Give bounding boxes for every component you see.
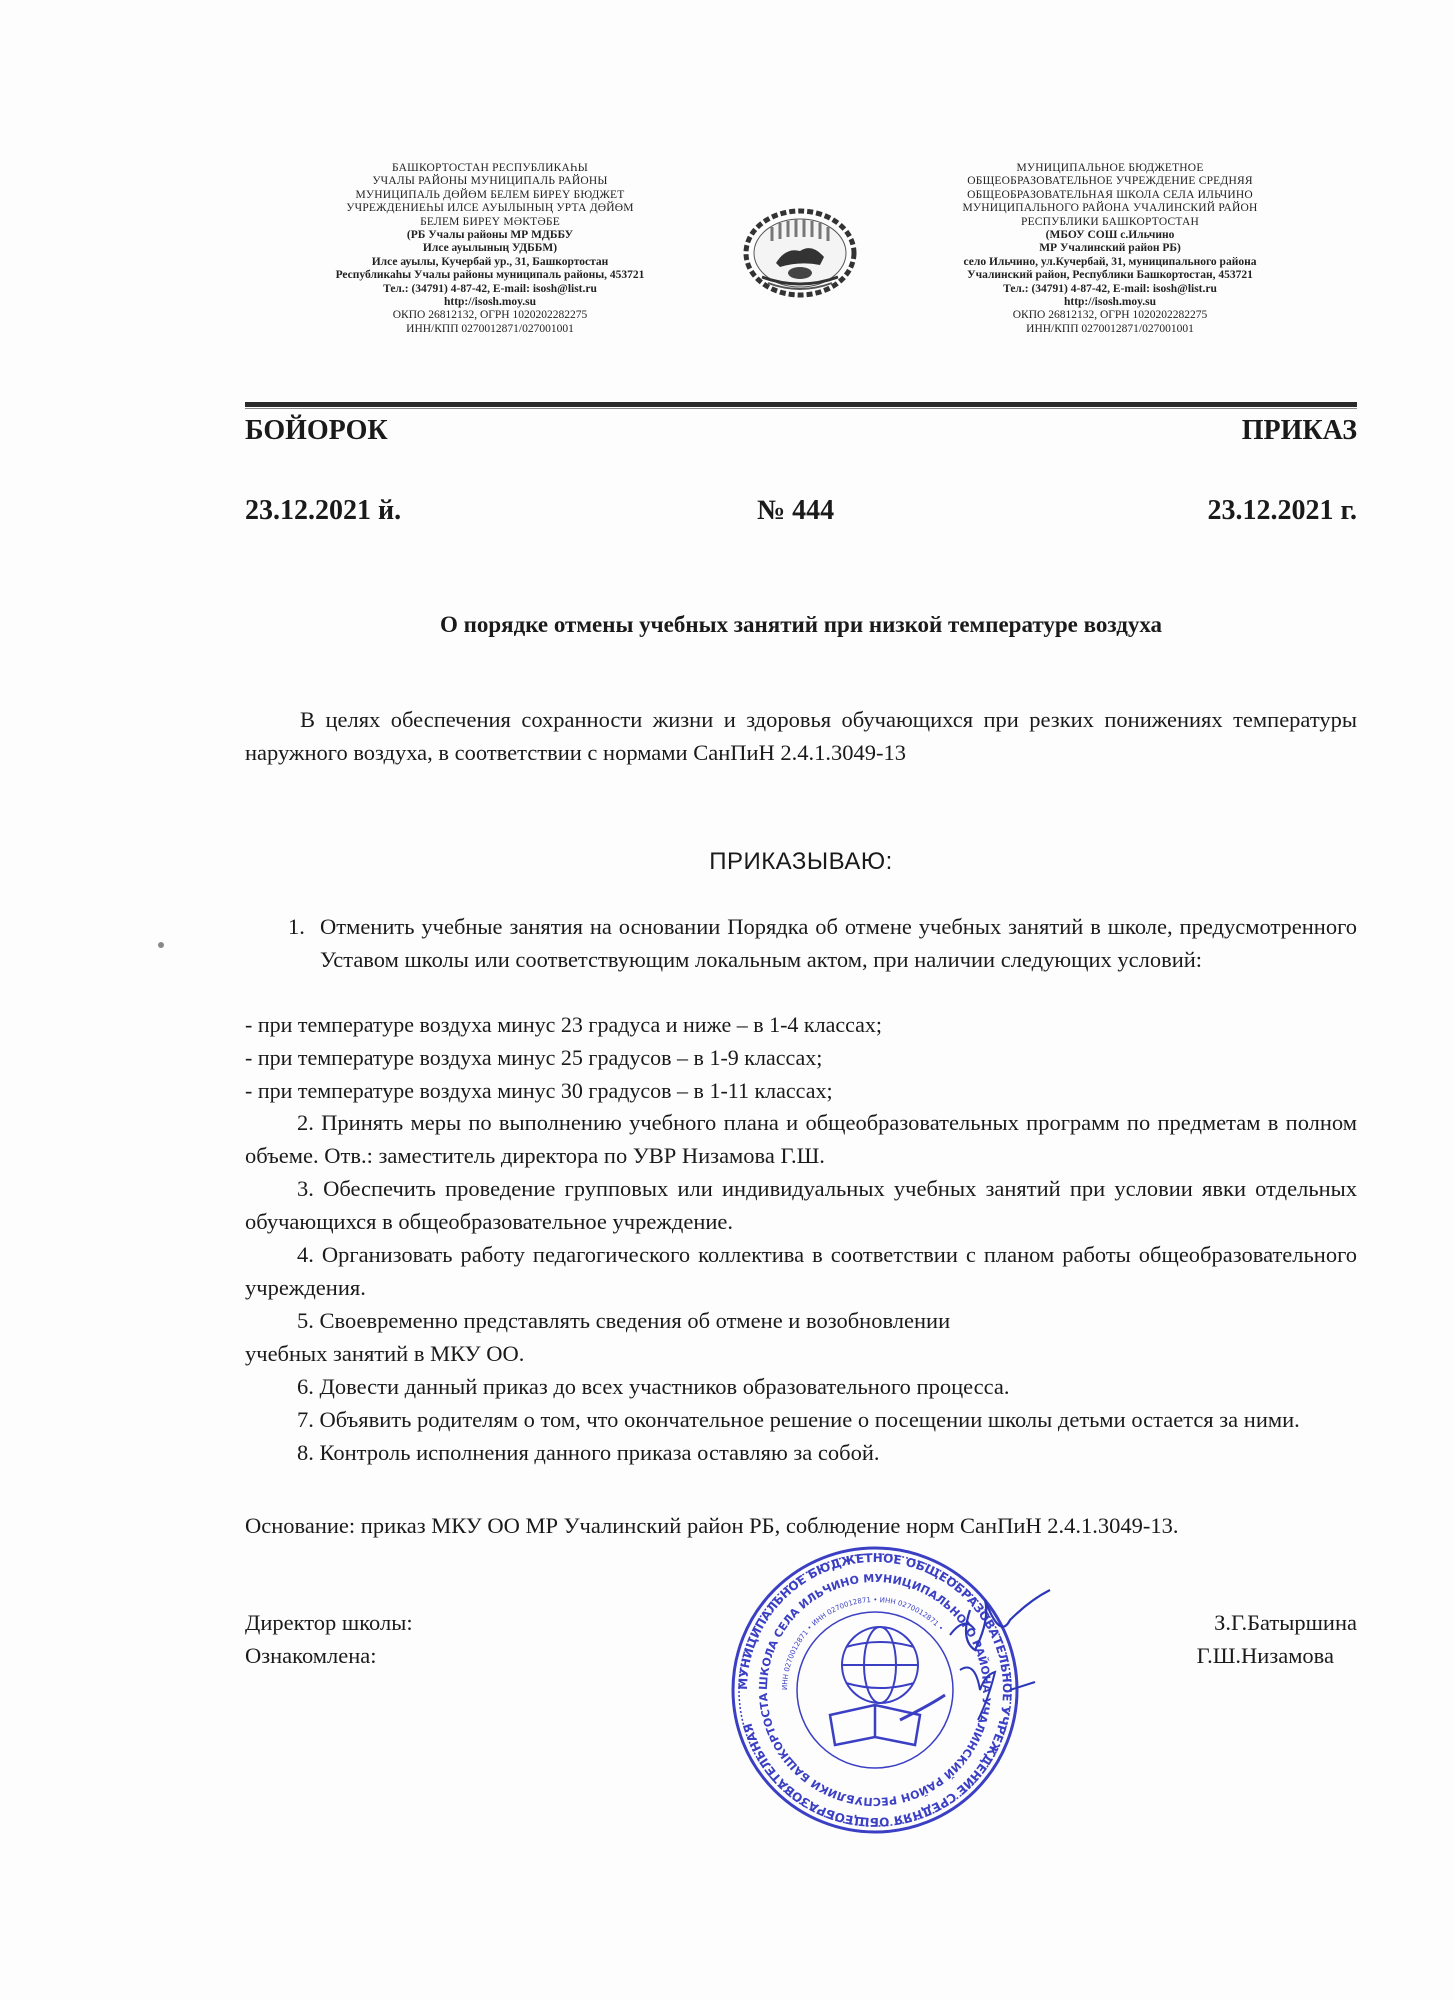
order-item-2: 2. Принять меры по выполнению учебного п… <box>245 1106 1357 1172</box>
order-item-4: 4. Организовать работу педагогического к… <box>245 1238 1357 1304</box>
header-line: Тел.: (34791) 4-87-42, E-mail: isosh@lis… <box>870 283 1350 296</box>
date-bashkir: 23.12.2021 й. <box>245 495 401 527</box>
globe-icon <box>842 1627 918 1703</box>
header-left-bashkir: БАШКОРТОСТАН РЕСПУБЛИКАҺЫ УЧАЛЫ РАЙОНЫ М… <box>250 162 730 336</box>
header-line: БАШКОРТОСТАН РЕСПУБЛИКАҺЫ <box>250 162 730 175</box>
document-title: О порядке отмены учебных занятий при низ… <box>245 612 1357 638</box>
header-line: Илсе ауылы, Кучербай ур., 31, Башкортост… <box>250 256 730 269</box>
header-line: УЧРЕЖДЕНИЕҺЫ ИЛСЕ АУЫЛЫНЫҢ УРТА ДӨЙӨМ <box>250 202 730 215</box>
header-line: http://isosh.moy.su <box>250 296 730 309</box>
header-left-contacts: (РБ Учалы районы МР МДББУ Илсе ауылының … <box>250 229 730 309</box>
item-text: Отменить учебные занятия на основании По… <box>320 910 1357 976</box>
header-line: Тел.: (34791) 4-87-42, E-mail: isosh@lis… <box>250 283 730 296</box>
header-line: Учалинский район, Республики Башкортоста… <box>870 269 1350 282</box>
doc-type-bashkir: БОЙОРОК <box>245 415 388 447</box>
header-line: (МБОУ СОШ с.Ильчино <box>870 229 1350 242</box>
basis-text: Основание: приказ МКУ ОО МР Учалинский р… <box>245 1509 1357 1542</box>
condition-2: - при температуре воздуха минус 25 граду… <box>245 1041 822 1074</box>
document-page: БАШКОРТОСТАН РЕСПУБЛИКАҺЫ УЧАЛЫ РАЙОНЫ М… <box>0 0 1454 2000</box>
order-number: № 444 <box>757 495 834 527</box>
header-left-codes: ОКПО 26812132, ОГРН 1020202282275 ИНН/КП… <box>250 309 730 336</box>
header-line: http://isosh.moy.su <box>870 296 1350 309</box>
order-item-7: 7. Объявить родителям о том, что окончат… <box>245 1403 1357 1436</box>
order-item-5-continuation: учебных занятий в МКУ ОО. <box>245 1337 1357 1370</box>
header-line: ИНН/КПП 0270012871/027001001 <box>250 323 730 336</box>
header-line: Илсе ауылының УДББМ) <box>250 242 730 255</box>
order-heading: ПРИКАЗЫВАЮ: <box>245 848 1357 876</box>
header-line: село Ильчино, ул.Кучербай, 31, муниципал… <box>870 256 1350 269</box>
order-item-1: 1. Отменить учебные занятия на основании… <box>245 910 1357 976</box>
item-number: 1. <box>288 910 305 943</box>
header-right-codes: ОКПО 26812132, ОГРН 1020202282275 ИНН/КП… <box>870 309 1350 336</box>
header-line: (РБ Учалы районы МР МДББУ <box>250 229 730 242</box>
header-line: МУНИЦИПАЛЬНОЕ БЮДЖЕТНОЕ <box>870 162 1350 175</box>
condition-1: - при температуре воздуха минус 23 граду… <box>245 1008 882 1041</box>
header-line: УЧАЛЫ РАЙОНЫ МУНИЦИПАЛЬ РАЙОНЫ <box>250 175 730 188</box>
header-divider <box>245 402 1357 407</box>
order-item-8: 8. Контроль исполнения данного приказа о… <box>245 1436 1357 1469</box>
header-line: МУНИЦИПАЛЬ ДӨЙӨМ БЕЛЕМ БИРЕҮ БЮДЖЕТ <box>250 189 730 202</box>
header-line: ИНН/КПП 0270012871/027001001 <box>870 323 1350 336</box>
coat-of-arms-icon <box>742 205 858 301</box>
acknowledged-name: Г.Ш.Низамова <box>1197 1643 1334 1669</box>
order-item-3: 3. Обеспечить проведение групповых или и… <box>245 1172 1357 1238</box>
acknowledged-label: Ознакомлена: <box>245 1643 377 1669</box>
doc-type-russian: ПРИКАЗ <box>1242 415 1357 447</box>
header-line: ОКПО 26812132, ОГРН 1020202282275 <box>250 309 730 322</box>
condition-3: - при температуре воздуха минус 30 граду… <box>245 1074 833 1107</box>
header-line: БЕЛЕМ БИРЕҮ МӘКТӘБЕ <box>250 216 730 229</box>
header-line: МР Учалинский район РБ) <box>870 242 1350 255</box>
director-name: З.Г.Батыршина <box>1214 1610 1357 1636</box>
director-label: Директор школы: <box>245 1610 413 1636</box>
header-line: ОКПО 26812132, ОГРН 1020202282275 <box>870 309 1350 322</box>
header-line: ОБЩЕОБРАЗОВАТЕЛЬНАЯ ШКОЛА СЕЛА ИЛЬЧИНО <box>870 189 1350 202</box>
header-line: ОБЩЕОБРАЗОВАТЕЛЬНОЕ УЧРЕЖДЕНИЕ СРЕДНЯЯ <box>870 175 1350 188</box>
order-items: 2. Принять меры по выполнению учебного п… <box>245 1106 1357 1469</box>
header-left-caps: БАШКОРТОСТАН РЕСПУБЛИКАҺЫ УЧАЛЫ РАЙОНЫ М… <box>250 162 730 229</box>
header-line: Республикаһы Учалы районы муниципаль рай… <box>250 269 730 282</box>
handwritten-signature <box>930 1580 1070 1730</box>
header-line: РЕСПУБЛИКИ БАШКОРТОСТАН <box>870 216 1350 229</box>
header-right-contacts: (МБОУ СОШ с.Ильчино МР Учалинский район … <box>870 229 1350 309</box>
date-russian: 23.12.2021 г. <box>1207 495 1357 527</box>
preamble: В целях обеспечения сохранности жизни и … <box>245 703 1357 769</box>
header-line: МУНИЦИПАЛЬНОГО РАЙОНА УЧАЛИНСКИЙ РАЙОН <box>870 202 1350 215</box>
header-divider-thin <box>245 408 1357 409</box>
header-right-caps: МУНИЦИПАЛЬНОЕ БЮДЖЕТНОЕ ОБЩЕОБРАЗОВАТЕЛЬ… <box>870 162 1350 229</box>
order-item-6: 6. Довести данный приказ до всех участни… <box>245 1370 1357 1403</box>
header-right-russian: МУНИЦИПАЛЬНОЕ БЮДЖЕТНОЕ ОБЩЕОБРАЗОВАТЕЛЬ… <box>870 162 1350 336</box>
scan-speck <box>155 940 167 950</box>
open-book-icon <box>830 1705 920 1745</box>
order-item-5: 5. Своевременно представлять сведения об… <box>245 1304 1357 1337</box>
